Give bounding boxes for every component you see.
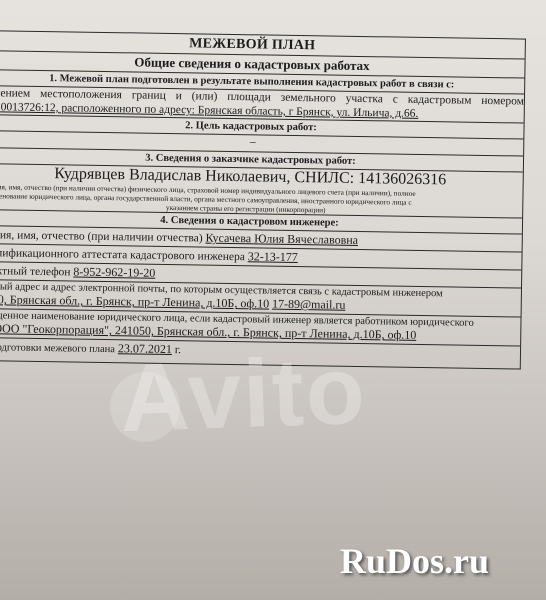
rudos-watermark: RuDos.ru: [340, 540, 489, 582]
engineer-phone-value: 8-952-962-19-20: [73, 265, 155, 280]
boundary-plan-sheet: МЕЖЕВОЙ ПЛАН Общие сведения о кадастровы…: [0, 30, 526, 370]
document-table: МЕЖЕВОЙ ПЛАН Общие сведения о кадастровы…: [0, 30, 526, 370]
engineer-email-value: 17-89@mail.ru: [272, 297, 346, 312]
section3-body: Кудрявцев Владислав Николаевич, СНИЛС: 1…: [0, 164, 523, 219]
engineer-phone-label: нтактный телефон: [0, 265, 71, 278]
engineer-name-label: милия, имя, отчество (при наличии отчест…: [0, 229, 203, 244]
engineer-cert-value: 32-13-177: [248, 250, 298, 265]
avito-watermark: Avito: [118, 336, 368, 455]
plan-date-label: та подготовки межевого плана: [0, 342, 115, 355]
engineer-cert-label: квалификационного аттестата кадастрового…: [0, 247, 245, 263]
engineer-name-value: Кусачева Юлия Вячеславовна: [205, 231, 358, 247]
